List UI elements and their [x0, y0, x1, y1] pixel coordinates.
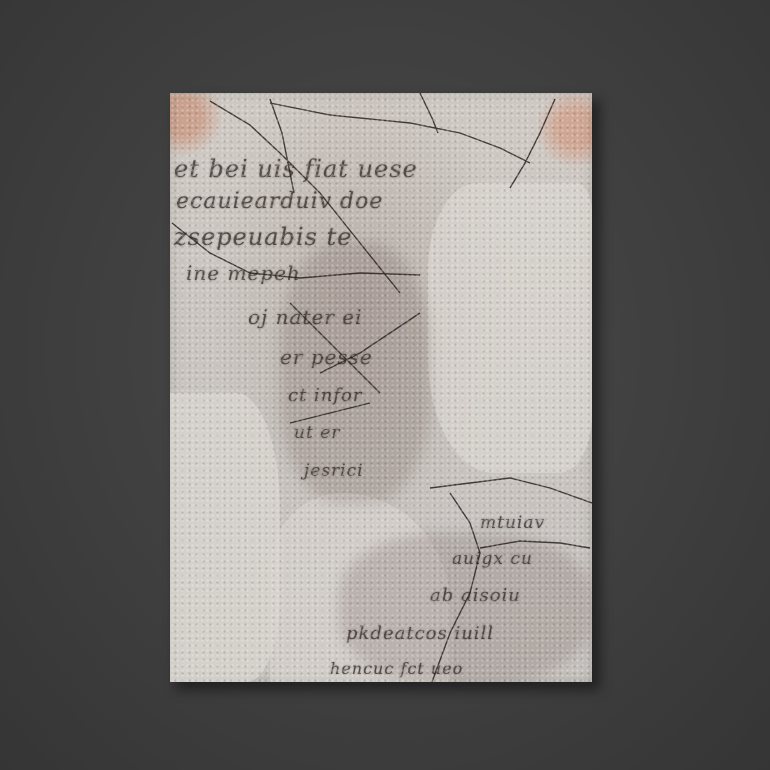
plaster-tablet: et bei uis fiat ueseecauiearduiv doezsep…: [170, 93, 592, 682]
cracks: [170, 93, 592, 682]
photo-scene: et bei uis fiat ueseecauiearduiv doezsep…: [0, 0, 770, 770]
